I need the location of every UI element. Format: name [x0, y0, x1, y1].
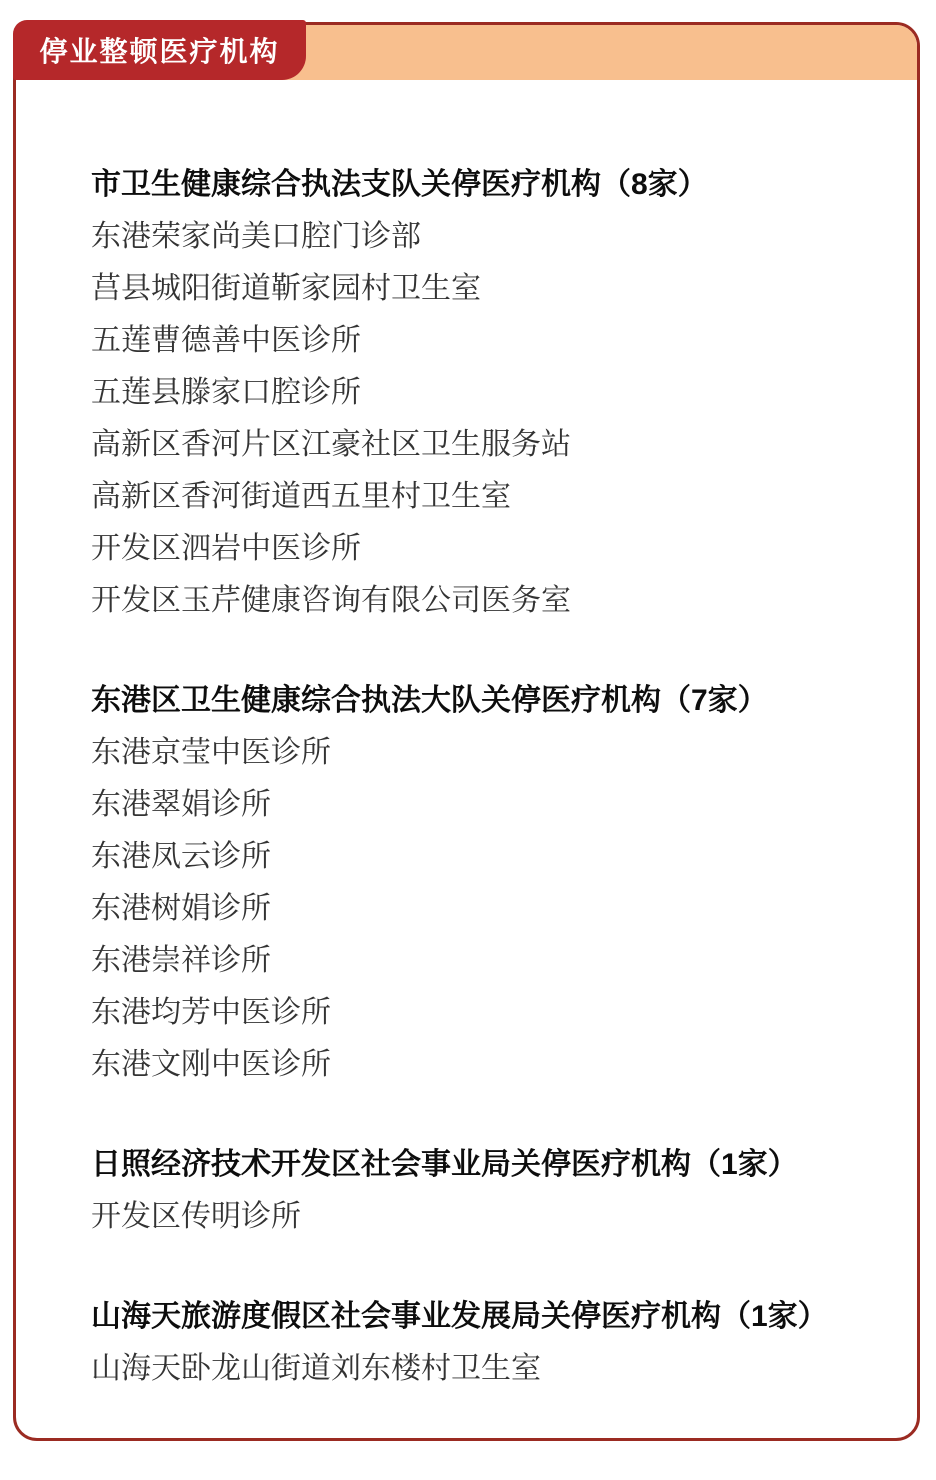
institution-item: 东港荣家尚美口腔门诊部: [91, 211, 877, 263]
title-badge: 停业整顿医疗机构: [13, 20, 306, 80]
section-heading: 市卫生健康综合执法支队关停医疗机构（8家）: [91, 159, 877, 211]
section-city-enforcement: 市卫生健康综合执法支队关停医疗机构（8家） 东港荣家尚美口腔门诊部 莒县城阳街道…: [91, 159, 877, 627]
section-shanhaitian: 山海天旅游度假区社会事业发展局关停医疗机构（1家） 山海天卧龙山街道刘东楼村卫生…: [91, 1291, 877, 1395]
institution-item: 莒县城阳街道靳家园村卫生室: [91, 263, 877, 315]
institution-item: 开发区玉芹健康咨询有限公司医务室: [91, 575, 877, 627]
institution-item: 高新区香河片区江豪社区卫生服务站: [91, 419, 877, 471]
announcement-page: 停业整顿医疗机构 市卫生健康综合执法支队关停医疗机构（8家） 东港荣家尚美口腔门…: [0, 0, 936, 1480]
sections-container: 市卫生健康综合执法支队关停医疗机构（8家） 东港荣家尚美口腔门诊部 莒县城阳街道…: [16, 80, 917, 1395]
institution-item: 开发区泗岩中医诊所: [91, 523, 877, 575]
institution-item: 五莲县滕家口腔诊所: [91, 367, 877, 419]
institution-item: 东港文刚中医诊所: [91, 1039, 877, 1091]
institution-item: 山海天卧龙山街道刘东楼村卫生室: [91, 1343, 877, 1395]
institution-item: 东港凤云诊所: [91, 831, 877, 883]
institution-item: 东港翠娟诊所: [91, 779, 877, 831]
section-economic-zone: 日照经济技术开发区社会事业局关停医疗机构（1家） 开发区传明诊所: [91, 1139, 877, 1243]
institution-item: 东港京莹中医诊所: [91, 727, 877, 779]
institution-item: 东港均芳中医诊所: [91, 987, 877, 1039]
institution-item: 东港树娟诊所: [91, 883, 877, 935]
section-heading: 东港区卫生健康综合执法大队关停医疗机构（7家）: [91, 675, 877, 727]
institution-item: 高新区香河街道西五里村卫生室: [91, 471, 877, 523]
title-badge-label: 停业整顿医疗机构: [39, 30, 279, 70]
institution-item: 开发区传明诊所: [91, 1191, 877, 1243]
section-donggang-enforcement: 东港区卫生健康综合执法大队关停医疗机构（7家） 东港京莹中医诊所 东港翠娟诊所 …: [91, 675, 877, 1091]
section-heading: 山海天旅游度假区社会事业发展局关停医疗机构（1家）: [91, 1291, 877, 1343]
announcement-frame: 市卫生健康综合执法支队关停医疗机构（8家） 东港荣家尚美口腔门诊部 莒县城阳街道…: [13, 22, 920, 1441]
section-heading: 日照经济技术开发区社会事业局关停医疗机构（1家）: [91, 1139, 877, 1191]
institution-item: 东港崇祥诊所: [91, 935, 877, 987]
institution-item: 五莲曹德善中医诊所: [91, 315, 877, 367]
